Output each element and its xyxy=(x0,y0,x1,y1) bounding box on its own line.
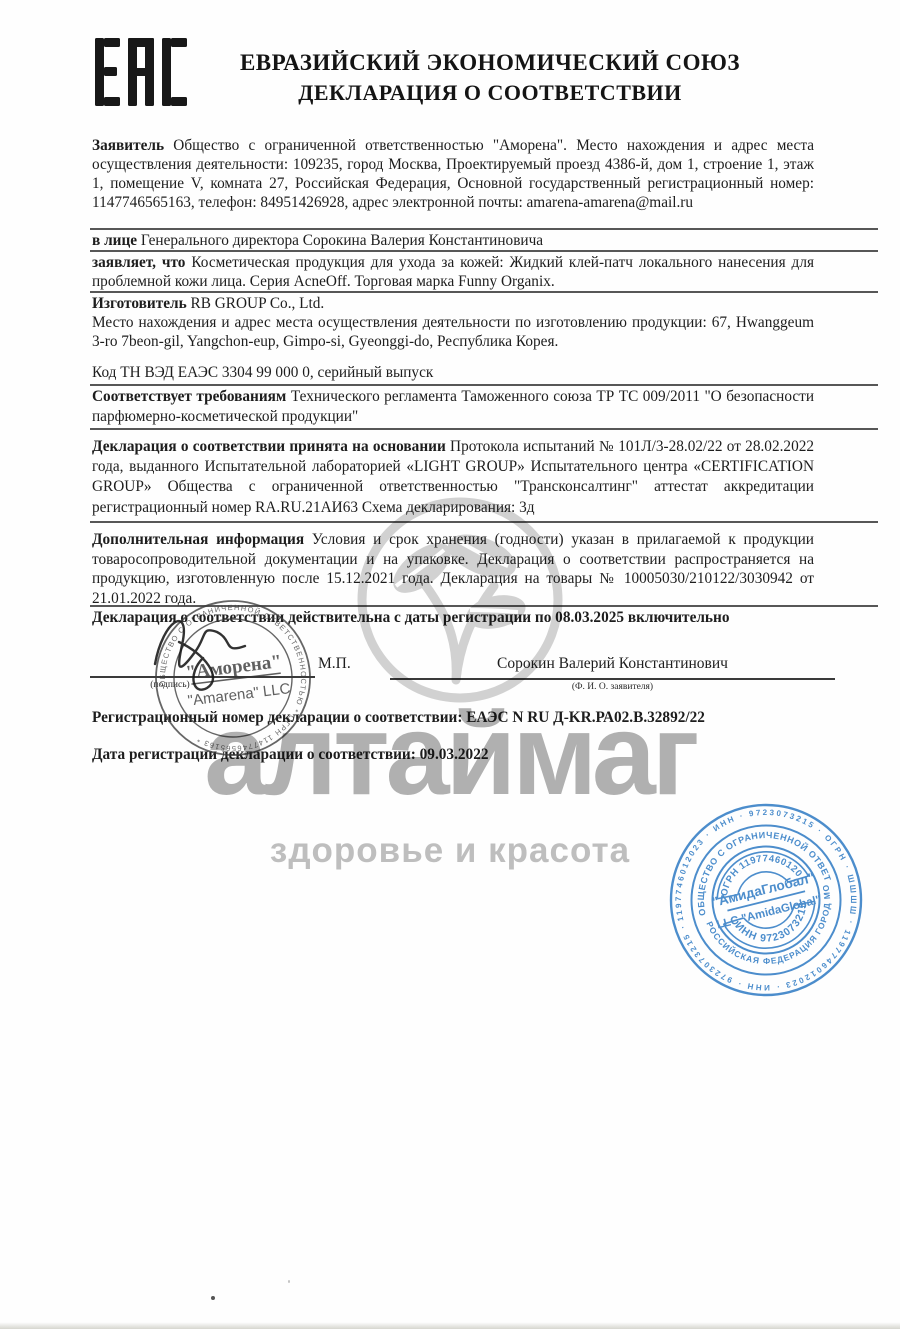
tnved-text: Код ТН ВЭД ЕАЭС 3304 99 000 0, серийный … xyxy=(92,364,433,381)
represented-by-text: Генерального директора Сорокина Валерия … xyxy=(141,232,543,249)
declaration-document: ЕВРАЗИЙСКИЙ ЭКОНОМИЧЕСКИЙ СОЮЗ ДЕКЛАРАЦИ… xyxy=(0,0,900,1329)
title-line-1: ЕВРАЗИЙСКИЙ ЭКОНОМИЧЕСКИЙ СОЮЗ xyxy=(150,50,830,76)
applicant-paragraph: Заявитель Общество с ограниченной ответс… xyxy=(92,136,814,212)
title-line-2: ДЕКЛАРАЦИЯ О СООТВЕТСТВИИ xyxy=(150,80,830,106)
represented-by-paragraph: в лице Генерального директора Сорокина В… xyxy=(92,231,814,250)
declares-paragraph: заявляет, что Косметическая продукция дл… xyxy=(92,253,814,291)
signer-name-caption: (Ф. И. О. заявителя) xyxy=(390,682,835,692)
tnved-paragraph: Код ТН ВЭД ЕАЭС 3304 99 000 0, серийный … xyxy=(92,363,814,382)
represented-by-label: в лице xyxy=(92,232,137,249)
mp-label: М.П. xyxy=(318,655,351,673)
section-divider xyxy=(90,521,878,523)
scan-bottom-shadow xyxy=(0,1322,900,1329)
registration-date-value: 09.03.2022 xyxy=(420,746,489,763)
complies-label: Соответствует требованиям xyxy=(92,388,286,405)
basis-label: Декларация о соответствии принята на осн… xyxy=(92,438,446,455)
section-divider xyxy=(90,291,878,293)
basis-paragraph: Декларация о соответствии принята на осн… xyxy=(92,437,814,518)
scan-speck xyxy=(288,1280,290,1283)
signer-name: Сорокин Валерий Константинович xyxy=(390,655,835,673)
company-stamp-name-en: "Amarena" LLC xyxy=(187,680,292,709)
additional-info-label: Дополнительная информация xyxy=(92,531,304,548)
signer-name-line xyxy=(390,678,835,680)
manufacturer-address-text: Место нахождения и адрес места осуществл… xyxy=(92,314,814,350)
company-stamp: ОБЩЕСТВО С ОГРАНИЧЕННОЙ ОТВЕТСТВЕННОСТЬЮ… xyxy=(145,590,321,766)
section-divider xyxy=(90,228,878,230)
document-title: ЕВРАЗИЙСКИЙ ЭКОНОМИЧЕСКИЙ СОЮЗ ДЕКЛАРАЦИ… xyxy=(150,50,830,106)
registration-number-value: ЕАЭС N RU Д-KR.РА02.В.32892/22 xyxy=(466,709,705,726)
manufacturer-label: Изготовитель xyxy=(92,295,187,312)
section-divider xyxy=(90,428,878,430)
manufacturer-name: RB GROUP Co., Ltd. xyxy=(191,295,325,312)
section-divider xyxy=(90,384,878,386)
declares-label: заявляет, что xyxy=(92,254,185,271)
scan-speck xyxy=(211,1296,215,1300)
registrar-stamp: 1197746012023 · ИНН · 9723073215 · ОГРН … xyxy=(660,794,872,1006)
applicant-label: Заявитель xyxy=(92,137,164,154)
applicant-text: Общество с ограниченной ответственностью… xyxy=(92,137,814,211)
manufacturer-address-paragraph: Место нахождения и адрес места осуществл… xyxy=(92,313,814,351)
manufacturer-paragraph: Изготовитель RB GROUP Co., Ltd. xyxy=(92,294,814,313)
complies-paragraph: Соответствует требованиям Технического р… xyxy=(92,387,814,426)
declares-text: Косметическая продукция для ухода за кож… xyxy=(92,254,814,290)
section-divider xyxy=(90,250,878,252)
